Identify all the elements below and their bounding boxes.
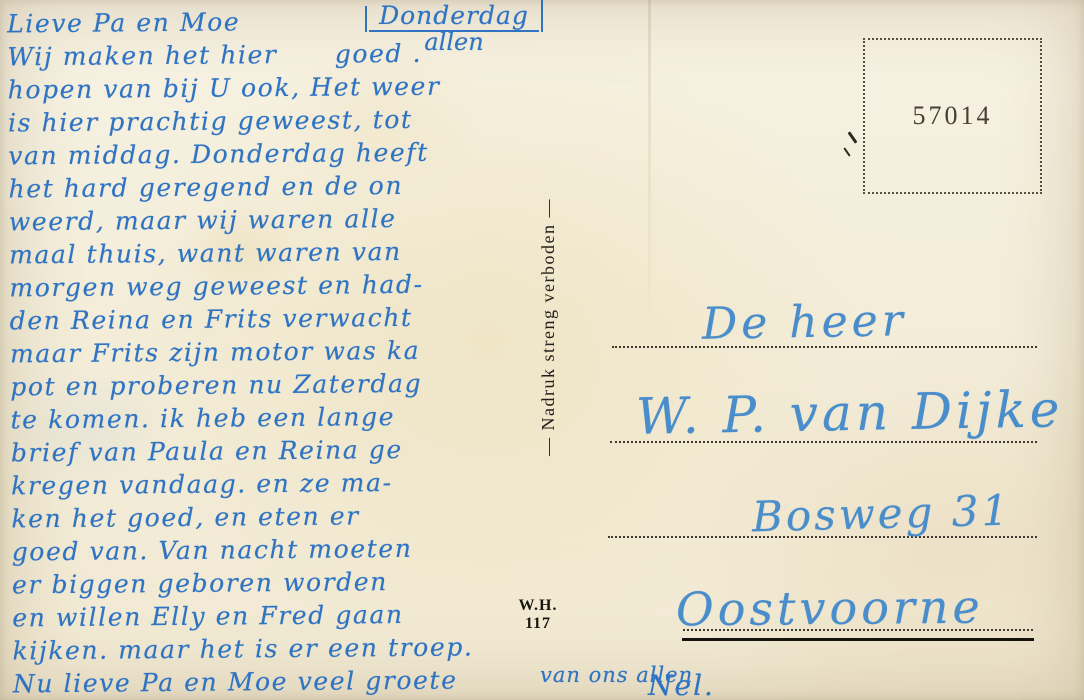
message-line: ken het goed, en eten er <box>11 498 563 536</box>
date-note-word: Donderdag <box>369 2 539 32</box>
message-line: van middag. Donderdag heeft <box>8 135 560 173</box>
address-street: Bosweg 31 <box>751 486 1011 542</box>
message-line: pot en proberen nu Zaterdag <box>10 366 562 404</box>
signature: Nel. <box>648 669 715 700</box>
paper-crease <box>648 0 651 340</box>
address-name: W. P. van Dijke <box>636 380 1064 445</box>
message-line: hopen van bij U ook, Het weer <box>8 69 560 107</box>
message-line: brief van Paula en Reina ge <box>11 432 563 470</box>
message-line: is hier prachtig geweest, tot <box>8 102 560 140</box>
message-line: den Reina en Frits verwacht <box>10 300 562 338</box>
message-body: Lieve Pa en Moe Wij maken het hier goed … <box>7 3 565 700</box>
message-line: kijken. maar het is er een troep. <box>12 630 564 668</box>
address-underline <box>682 638 1034 641</box>
message-line: goed van. Van nacht moeten <box>12 531 564 569</box>
message-line: kregen vandaag. en ze ma- <box>11 465 563 503</box>
message-line: en willen Elly en Fred gaan <box>12 597 564 635</box>
copyright-notice: — Nadruk streng verboden — <box>538 177 560 477</box>
date-note-inserted-word: allen <box>354 30 554 54</box>
postcard-back: Lieve Pa en Moe Wij maken het hier goed … <box>0 0 1084 700</box>
publisher-mark: W.H. 117 <box>506 597 570 633</box>
ink-mark <box>843 147 850 156</box>
message-line: te komen. ik heb een lange <box>10 399 562 437</box>
ink-mark <box>848 131 858 143</box>
stamp-box: 57014 <box>863 38 1042 194</box>
address-city: Oostvoorne <box>676 580 984 637</box>
publisher-initials: W.H. <box>506 597 570 615</box>
stamp-box-number: 57014 <box>913 101 993 131</box>
message-line: weerd, maar wij waren alle <box>9 201 561 239</box>
message-line: morgen weg geweest en had- <box>9 267 561 305</box>
date-note: Donderdag allen <box>354 2 554 54</box>
publisher-number: 117 <box>506 615 570 633</box>
message-line: maar Frits zijn motor was ka <box>10 333 562 371</box>
message-line: Nu lieve Pa en Moe veel groete <box>13 663 565 700</box>
message-line: het hard geregend en de on <box>8 168 560 206</box>
address-salutation: De heer <box>702 295 908 350</box>
message-line: maal thuis, want waren van <box>9 234 561 272</box>
message-line: er biggen geboren worden <box>12 564 564 602</box>
